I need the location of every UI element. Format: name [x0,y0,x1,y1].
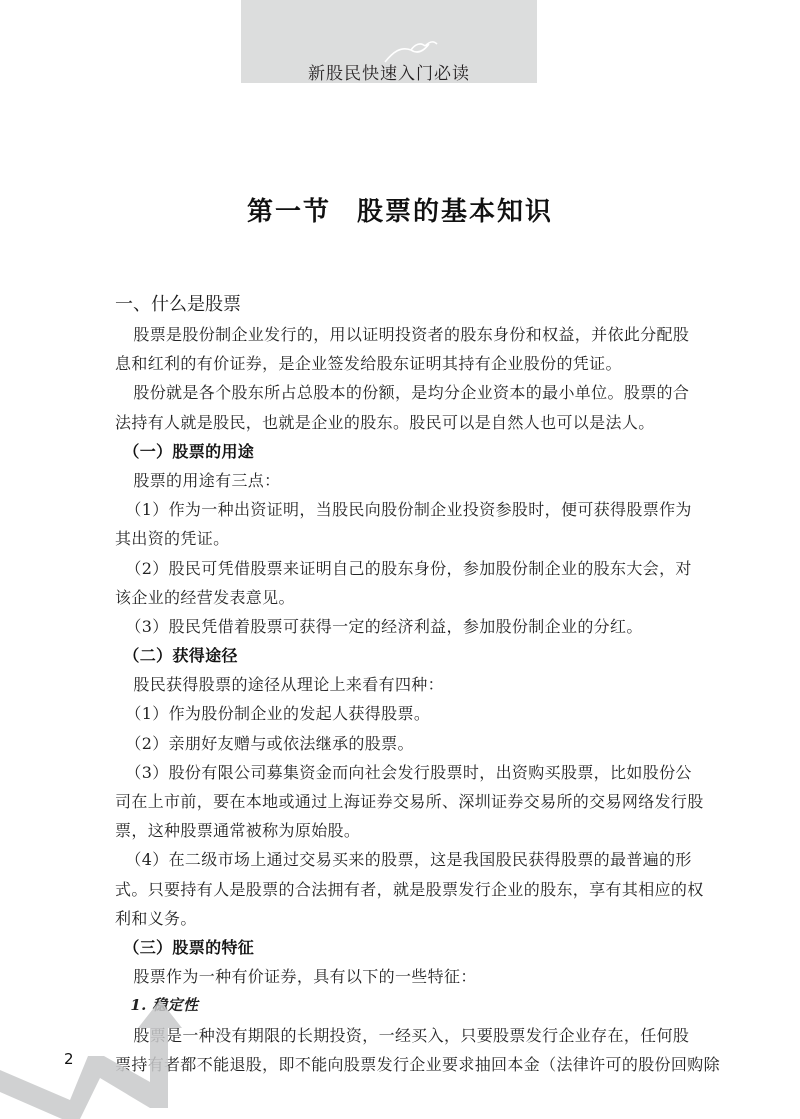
body-text: 股票是股份制企业发行的，用以证明投资者的股东身份和权益，并依此分配股 息和红利的… [115,320,685,1079]
chapter-name: 股票的基本知识 [357,197,553,227]
list-item-continuation: 式。只要持有人是股票的合法拥有者，就是股票发行企业的股东，享有其相应的权 [115,875,685,904]
paragraph-line: 息和红利的有价证券，是企业签发给股东证明其持有企业股份的凭证。 [115,349,685,378]
subsection-heading-features: （三）股票的特征 [115,933,685,962]
paragraph-line: 股票的用途有三点： [115,466,685,495]
list-item: （3）股民凭借着股票可获得一定的经济利益，参加股份制企业的分红。 [115,612,685,641]
paragraph-line: 法持有人就是股民，也就是企业的股东。股民可以是自然人也可以是法人。 [115,408,685,437]
list-item: （4）在二级市场上通过交易买来的股票，这是我国股民获得股票的最普遍的形 [115,845,685,874]
chapter-number: 第一节 [247,197,331,227]
subsection-heading-acquisition: （二）获得途径 [115,641,685,670]
paragraph-line: 股票是股份制企业发行的，用以证明投资者的股东身份和权益，并依此分配股 [115,320,685,349]
list-item-continuation: 该企业的经营发表意见。 [115,583,685,612]
list-item-continuation: 司在上市前，要在本地或通过上海证券交易所、深圳证券交易所的交易网络发行股 [115,787,685,816]
feature-heading-stability: 1. 稳定性 [115,991,685,1020]
paragraph-line: 股票是一种没有期限的长期投资，一经买入，只要股票发行企业存在，任何股 [115,1021,685,1050]
subsection-heading-uses: （一）股票的用途 [115,437,685,466]
paragraph-line: 股票作为一种有价证券，具有以下的一些特征： [115,962,685,991]
list-item: （2）亲朋好友赠与或依法继承的股票。 [115,729,685,758]
list-item: （2）股民可凭借股票来证明自己的股东身份，参加股份制企业的股东大会，对 [115,554,685,583]
paragraph-line: 票持有者都不能退股，即不能向股票发行企业要求抽回本金（法律许可的股份回购除 [115,1050,685,1079]
running-header-title: 新股民快速入门必读 [241,59,537,84]
list-item-continuation: 票，这种股票通常被称为原始股。 [115,816,685,845]
paragraph-line: 股份就是各个股东所占总股本的份额，是均分企业资本的最小单位。股票的合 [115,378,685,407]
list-item-continuation: 其出资的凭证。 [115,524,685,553]
section-heading: 一、什么是股票 [115,290,241,316]
chapter-title: 第一节股票的基本知识 [0,191,800,228]
list-item: （1）作为一种出资证明，当股民向股份制企业投资参股时，便可获得股票作为 [115,495,685,524]
page-number: 2 [64,1050,74,1068]
list-item: （3）股份有限公司募集资金而向社会发行股票时，出资购买股票，比如股份公 [115,758,685,787]
paragraph-line: 股民获得股票的途径从理论上来看有四种： [115,670,685,699]
list-item: （1）作为股份制企业的发起人获得股票。 [115,699,685,728]
list-item-continuation: 利和义务。 [115,904,685,933]
running-header-bar: 新股民快速入门必读 [241,0,537,83]
